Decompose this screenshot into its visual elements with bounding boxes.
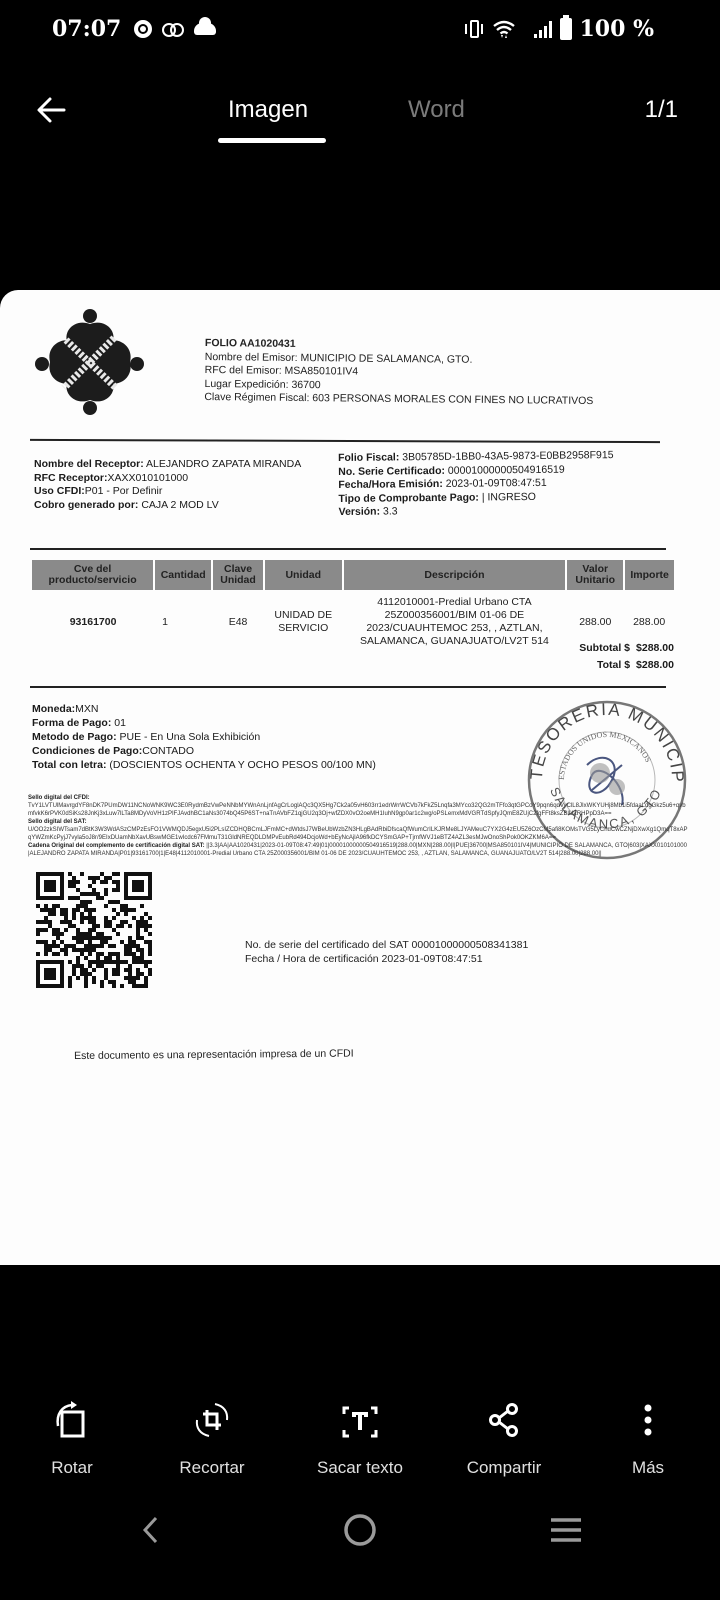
extract-text-label: Sacar texto — [317, 1458, 403, 1478]
sellos-block: Sello digital del CFDI: TvY1LVTUlMavrgdY… — [28, 794, 688, 858]
fecha-emision-label: Fecha/Hora Emisión: — [338, 478, 443, 491]
cell-cantidad: 1 — [154, 590, 212, 654]
uso-cfdi: P01 - Por Definir — [85, 485, 163, 497]
serie-certificado: 00001000000504916519 — [445, 463, 565, 476]
wifi-icon — [492, 19, 516, 39]
system-navbar — [0, 1500, 720, 1560]
total-label: Total $ — [597, 657, 630, 674]
tab-imagen[interactable]: Imagen — [228, 96, 308, 124]
uso-cfdi-label: Uso CFDI: — [34, 485, 85, 497]
header-cve: Cve del producto/servicio — [32, 560, 154, 590]
forma-pago: 01 — [111, 717, 126, 729]
subtotal-label: Subtotal $ — [579, 640, 630, 657]
header-descripcion: Descripción — [343, 560, 567, 590]
share-label: Compartir — [467, 1458, 542, 1478]
more-label: Más — [632, 1458, 664, 1478]
receptor-rfc: XAXX010101000 — [108, 472, 189, 484]
voicemail-icon — [162, 23, 184, 35]
more-button[interactable]: Más — [588, 1400, 708, 1478]
cobro-label: Cobro generado por: — [34, 499, 138, 511]
fiscal-block: Folio Fiscal: 3B05785D-1BB0-43A5-9873-E0… — [338, 449, 614, 519]
receptor-nombre: ALEJANDRO ZAPATA MIRANDA — [144, 458, 302, 470]
status-time: 07:07 — [52, 16, 121, 42]
serie-certificado-label: No. Serie Certificado: — [338, 464, 445, 477]
active-tab-indicator — [218, 138, 326, 143]
metodo-pago: PUE - En Una Sola Exhibición — [117, 731, 261, 743]
cell-unidad: UNIDAD DE SERVICIO — [264, 590, 343, 654]
certification-info: No. de serie del certificado del SAT 000… — [245, 938, 528, 966]
cadena-original-label: Cadena Original del complemento de certi… — [28, 843, 205, 849]
status-notification-icons — [134, 20, 216, 38]
document-image[interactable]: FOLIO AA1020431 Nombre del Emisor: MUNIC… — [0, 290, 720, 1265]
rotate-label: Rotar — [51, 1458, 93, 1478]
sello-sat-label: Sello digital del SAT: — [28, 819, 87, 825]
arrow-left-icon — [34, 92, 70, 128]
battery-icon — [560, 18, 572, 40]
chrome-icon — [134, 20, 152, 38]
nav-recents-button[interactable] — [546, 1510, 586, 1550]
header-importe: Importe — [624, 560, 674, 590]
sello-cfdi-label: Sello digital del CFDI: — [28, 795, 90, 801]
fecha-emision: 2023-01-09T08:47:51 — [443, 477, 547, 490]
condiciones-pago-label: Condiciones de Pago: — [32, 745, 142, 757]
cert-serie-sat: No. de serie del certificado del SAT 000… — [245, 938, 528, 952]
emisor-regimen: Clave Régimen Fiscal: 603 PERSONAS MORAL… — [204, 391, 593, 409]
metodo-pago-label: Metodo de Pago: — [32, 731, 117, 743]
totals-block: Subtotal $$288.00 Total $$288.00 — [560, 640, 674, 674]
receptor-rfc-label: RFC Receptor: — [34, 472, 108, 484]
cobro-generado: CAJA 2 MOD LV — [138, 499, 218, 511]
crop-label: Recortar — [179, 1458, 244, 1478]
status-system-icons: 100 % — [464, 16, 655, 42]
municipal-logo — [34, 304, 144, 419]
divider — [30, 686, 666, 688]
forma-pago-label: Forma de Pago: — [32, 717, 111, 729]
header-cantidad: Cantidad — [154, 560, 212, 590]
crop-button[interactable]: Recortar — [152, 1400, 272, 1478]
cloud-icon — [194, 23, 216, 35]
share-button[interactable]: Compartir — [444, 1400, 564, 1478]
header-valor-unitario: Valor Unitario — [566, 560, 624, 590]
nav-home-icon — [340, 1510, 380, 1550]
nav-back-icon — [132, 1510, 172, 1550]
rotate-button[interactable]: Rotar — [12, 1400, 132, 1478]
receptor-block: Nombre del Receptor: ALEJANDRO ZAPATA MI… — [34, 458, 301, 512]
header-clave-unidad: Clave Unidad — [212, 560, 264, 590]
subtotal-value: $288.00 — [636, 640, 674, 657]
condiciones-pago: CONTADO — [142, 745, 194, 757]
pago-block: Moneda:MXN Forma de Pago: 01 Metodo de P… — [32, 702, 376, 772]
share-icon — [484, 1400, 524, 1440]
version-label: Versión: — [339, 506, 381, 518]
emisor-block: FOLIO AA1020431 Nombre del Emisor: MUNIC… — [204, 337, 594, 409]
cell-descripcion: 4112010001-Predial Urbano CTA 25Z0003560… — [343, 590, 567, 654]
nav-home-button[interactable] — [340, 1510, 380, 1550]
total-letra: (DOSCIENTOS OCHENTA Y OCHO PESOS 00/100 … — [106, 759, 375, 771]
vibrate-icon — [464, 19, 484, 39]
folio-fiscal: 3B05785D-1BB0-43A5-9873-E0BB2958F915 — [399, 449, 613, 463]
page-counter: 1/1 — [645, 96, 678, 124]
top-bar: Imagen Word 1/1 — [0, 80, 720, 150]
cfdi-footer-note: Este documento es una representación imp… — [74, 1048, 354, 1062]
rotate-icon — [52, 1400, 92, 1440]
battery-percentage: 100 % — [580, 16, 655, 42]
nav-back-button[interactable] — [132, 1510, 172, 1550]
moneda: MXN — [75, 703, 98, 715]
sello-sat: U/OO2zkSIWTsam7dBtK3W3WdASzCMPzEsFO1VWMQ… — [28, 826, 688, 842]
version: 3.3 — [380, 505, 398, 517]
nav-recents-icon — [546, 1510, 586, 1550]
back-button[interactable] — [34, 92, 70, 128]
total-value: $288.00 — [636, 657, 674, 674]
tab-word[interactable]: Word — [408, 96, 465, 124]
extract-text-button[interactable]: Sacar texto — [300, 1400, 420, 1478]
total-letra-label: Total con letra: — [32, 759, 106, 771]
sello-cfdi: TvY1LVTUlMavrgdYF8nDK7PUmDW11NCNoWNK9WC3… — [28, 802, 688, 818]
table-header-row: Cve del producto/servicio Cantidad Clave… — [32, 560, 674, 590]
header-unidad: Unidad — [264, 560, 343, 590]
qr-code — [36, 872, 152, 988]
folio-fiscal-label: Folio Fiscal: — [338, 451, 399, 464]
extract-text-icon — [340, 1400, 380, 1440]
status-bar: 07:07 100 % — [0, 0, 720, 60]
crop-icon — [192, 1400, 232, 1440]
tipo-comprobante: | INGRESO — [479, 490, 536, 503]
signal-icon — [534, 20, 552, 38]
cert-fecha: Fecha / Hora de certificación 2023-01-09… — [245, 952, 528, 966]
divider — [30, 548, 666, 550]
more-vertical-icon — [628, 1400, 668, 1440]
divider — [30, 439, 660, 443]
cell-cve: 93161700 — [32, 590, 154, 654]
bottom-toolbar: Rotar Recortar Sacar texto — [0, 1400, 720, 1490]
moneda-label: Moneda: — [32, 703, 75, 715]
tipo-comprobante-label: Tipo de Comprobante Pago: — [338, 491, 479, 504]
receptor-nombre-label: Nombre del Receptor: — [34, 458, 144, 470]
cell-clave-unidad: E48 — [212, 590, 264, 654]
